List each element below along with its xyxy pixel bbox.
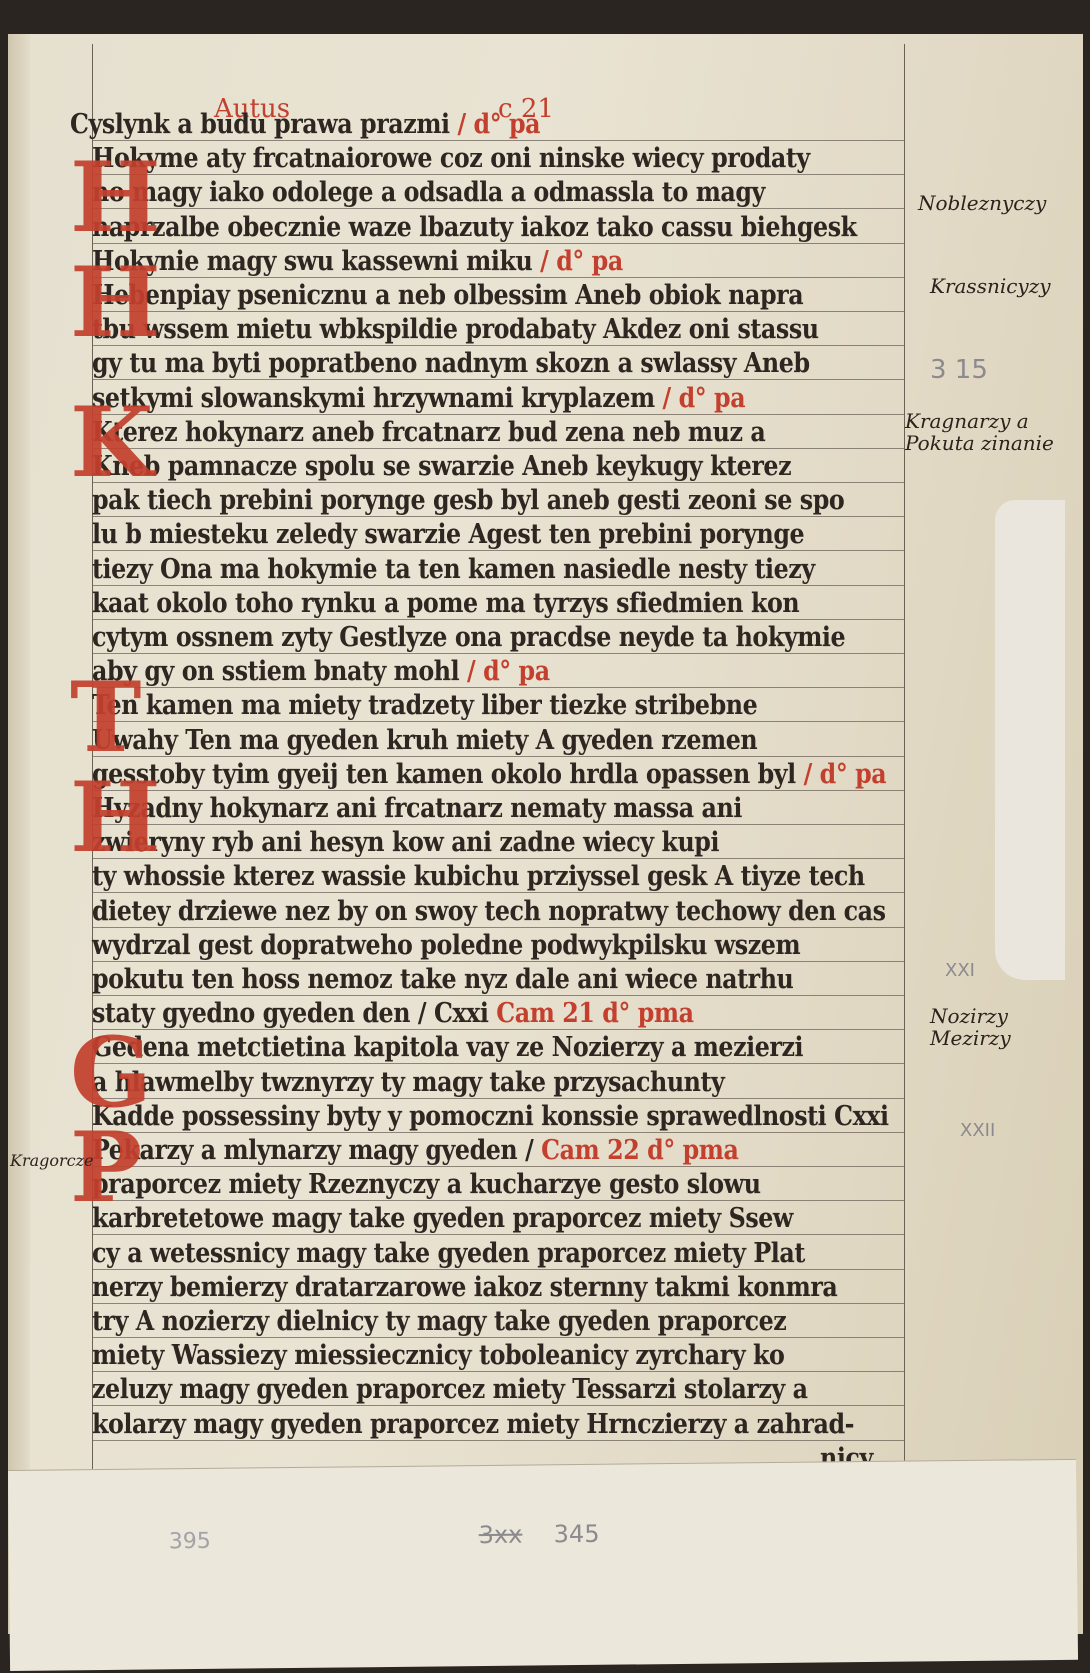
text-line: Hebenpiay psenicznu a neb olbessim Aneb … — [92, 281, 803, 311]
ruling-line — [92, 619, 904, 620]
ruling-line — [92, 721, 904, 722]
margin-note-right: Krassnicyzy — [930, 275, 1051, 297]
text-line: Kterez hokynarz aneb frcatnarz bud zena … — [92, 418, 765, 448]
text-line: a hlawmelby twznyrzy ty magy take przysa… — [92, 1068, 724, 1098]
text-line: pokutu ten hoss nemoz take nyz dale ani … — [92, 965, 793, 995]
text-line: gesstoby tyim gyeij ten kamen okolo hrdl… — [92, 760, 886, 790]
ruling-line — [92, 1269, 904, 1270]
ruling-line — [92, 1234, 904, 1235]
text-line: gy tu ma byti popratbeno nadnym skozn a … — [92, 349, 810, 379]
text-line: kaat okolo toho rynku a pome ma tyrzys s… — [92, 589, 799, 619]
ruling-line — [92, 140, 904, 141]
ruling-line — [92, 1337, 904, 1338]
torn-edge — [995, 500, 1065, 980]
ruling-line — [92, 482, 904, 483]
text-line: no magy iako odolege a odsadla a odmassl… — [92, 178, 765, 208]
text-line: pak tiech prebini porynge gesb byl aneb … — [92, 486, 844, 516]
text-line: Hyzadny hokynarz ani frcatnarz nematy ma… — [92, 794, 742, 824]
text-line: Hokyme aty frcatnaiorowe coz oni ninske … — [92, 144, 810, 174]
ruling-line — [92, 1200, 904, 1201]
ruling-line — [92, 414, 904, 415]
pencil-mark: 3 15 — [930, 355, 988, 385]
ruling-line — [92, 1371, 904, 1372]
text-line: zeluzy magy gyeden praporcez miety Tessa… — [92, 1375, 808, 1405]
text-line: miety Wassiezy miessiecznicy toboleanicy… — [92, 1341, 784, 1371]
text-line: tiezy Ona ma hokymie ta ten kamen nasied… — [92, 555, 815, 585]
ruling-line — [92, 379, 904, 380]
text-line: cy a wetessnicy magy take gyeden praporc… — [92, 1239, 805, 1269]
ruling-line — [92, 858, 904, 859]
text-line: kolarzy magy gyeden praporcez miety Hrnc… — [92, 1410, 854, 1440]
foliation-left: 395 — [169, 1529, 211, 1554]
text-line: karbretetowe magy take gyeden praporcez … — [92, 1204, 793, 1234]
text-line: Kneb pamnacze spolu se swarzie Aneb keyk… — [92, 452, 791, 482]
ruling-line — [92, 824, 904, 825]
text-line: aby gy on sstiem bnaty mohl / d° pa — [92, 657, 550, 687]
initial-k: K — [70, 395, 153, 491]
initial-h: H — [70, 255, 161, 351]
ruling-right — [904, 44, 905, 1484]
ruling-line — [92, 1166, 904, 1167]
foliation-center: 345 — [554, 1520, 600, 1548]
text-line: Gedena metctietina kapitola vay ze Nozie… — [92, 1033, 803, 1063]
text-line: praporcez miety Rzeznyczy a kucharzye ge… — [92, 1170, 761, 1200]
ruling-line — [92, 756, 904, 757]
margin-note-left: Kragorcze — [10, 1150, 70, 1172]
text-line: zwieryny ryb ani hesyn kow ani zadne wie… — [92, 828, 719, 858]
ruling-line — [92, 1063, 904, 1064]
text-line: Pekarzy a mlynarzy magy gyeden / Cam 22 … — [92, 1136, 738, 1166]
text-line: nerzy bemierzy dratarzarowe iakoz sternn… — [92, 1273, 837, 1303]
ruling-line — [92, 1405, 904, 1406]
initial-h: H — [70, 770, 161, 866]
ruling-line — [92, 243, 904, 244]
ruling-line — [92, 653, 904, 654]
binding-gutter — [8, 34, 30, 1634]
margin-note-right: Nobleznyczy — [918, 192, 1046, 214]
ruling-line — [92, 1029, 904, 1030]
text-line: cytym ossnem zyty Gestlyze ona pracdse n… — [92, 623, 845, 653]
ruling-line — [92, 927, 904, 928]
ruling-line — [92, 208, 904, 209]
text-line: Ten kamen ma miety tradzety liber tiezke… — [92, 691, 757, 721]
ruling-line — [92, 892, 904, 893]
ruling-line — [92, 448, 904, 449]
ruling-line — [92, 995, 904, 996]
ruling-line — [92, 550, 904, 551]
ruling-line — [92, 1132, 904, 1133]
text-line: Uwahy Ten ma gyeden kruh miety A gyeden … — [92, 726, 757, 756]
ruling-line — [92, 1440, 904, 1441]
ruling-line — [92, 174, 904, 175]
text-line: staty gyedno gyeden den / Cxxi Cam 21 d°… — [92, 999, 694, 1029]
margin-note-right: Kragnarzy a Pokuta zinanie — [905, 410, 1065, 454]
text-line: ty whossie kterez wassie kubichu prziyss… — [92, 862, 865, 892]
ruling-line — [92, 585, 904, 586]
initial-h: H — [70, 150, 161, 246]
ruling-line — [92, 311, 904, 312]
text-line: wydrzal gest dopratweho poledne podwykpi… — [92, 931, 800, 961]
text-line: Cyslynk a budu prawa prazmi / d° pa — [70, 110, 540, 140]
text-line: Kadde possessiny byty y pomoczni konssie… — [92, 1102, 889, 1132]
ruling-line — [92, 790, 904, 791]
ruling-line — [92, 687, 904, 688]
ruling-line — [92, 277, 904, 278]
ruling-line — [92, 1098, 904, 1099]
pencil-roman-xxii: XXII — [960, 1120, 995, 1141]
initial-t: T — [70, 670, 141, 766]
text-line: tbu wssem mietu wbkspildie prodabaty Akd… — [92, 315, 819, 345]
ruling-line — [92, 961, 904, 962]
text-line: Hokynie magy swu kassewni miku / d° pa — [92, 247, 623, 277]
text-line: lu b miesteku zeledy swarzie Agest ten p… — [92, 520, 804, 550]
ruling-line — [92, 345, 904, 346]
foliation-struck: 3xx — [479, 1521, 523, 1549]
text-line: naprzalbe obecznie waze lbazuty iakoz ta… — [92, 213, 857, 243]
ruling-line — [92, 1303, 904, 1304]
text-line: dietey drziewe nez by on swoy tech nopra… — [92, 897, 886, 927]
initial-g: G — [70, 1025, 152, 1121]
ruling-line — [92, 516, 904, 517]
pencil-roman-xxi: XXI — [945, 960, 975, 981]
text-line: try A nozierzy dielnicy ty magy take gye… — [92, 1307, 786, 1337]
bottom-slip: 395 3xx 345 — [8, 1459, 1078, 1671]
text-line: setkymi slowanskymi hrzywnami kryplazem … — [92, 384, 745, 414]
margin-note-right: Nozirzy Mezirzy — [930, 1005, 1050, 1049]
